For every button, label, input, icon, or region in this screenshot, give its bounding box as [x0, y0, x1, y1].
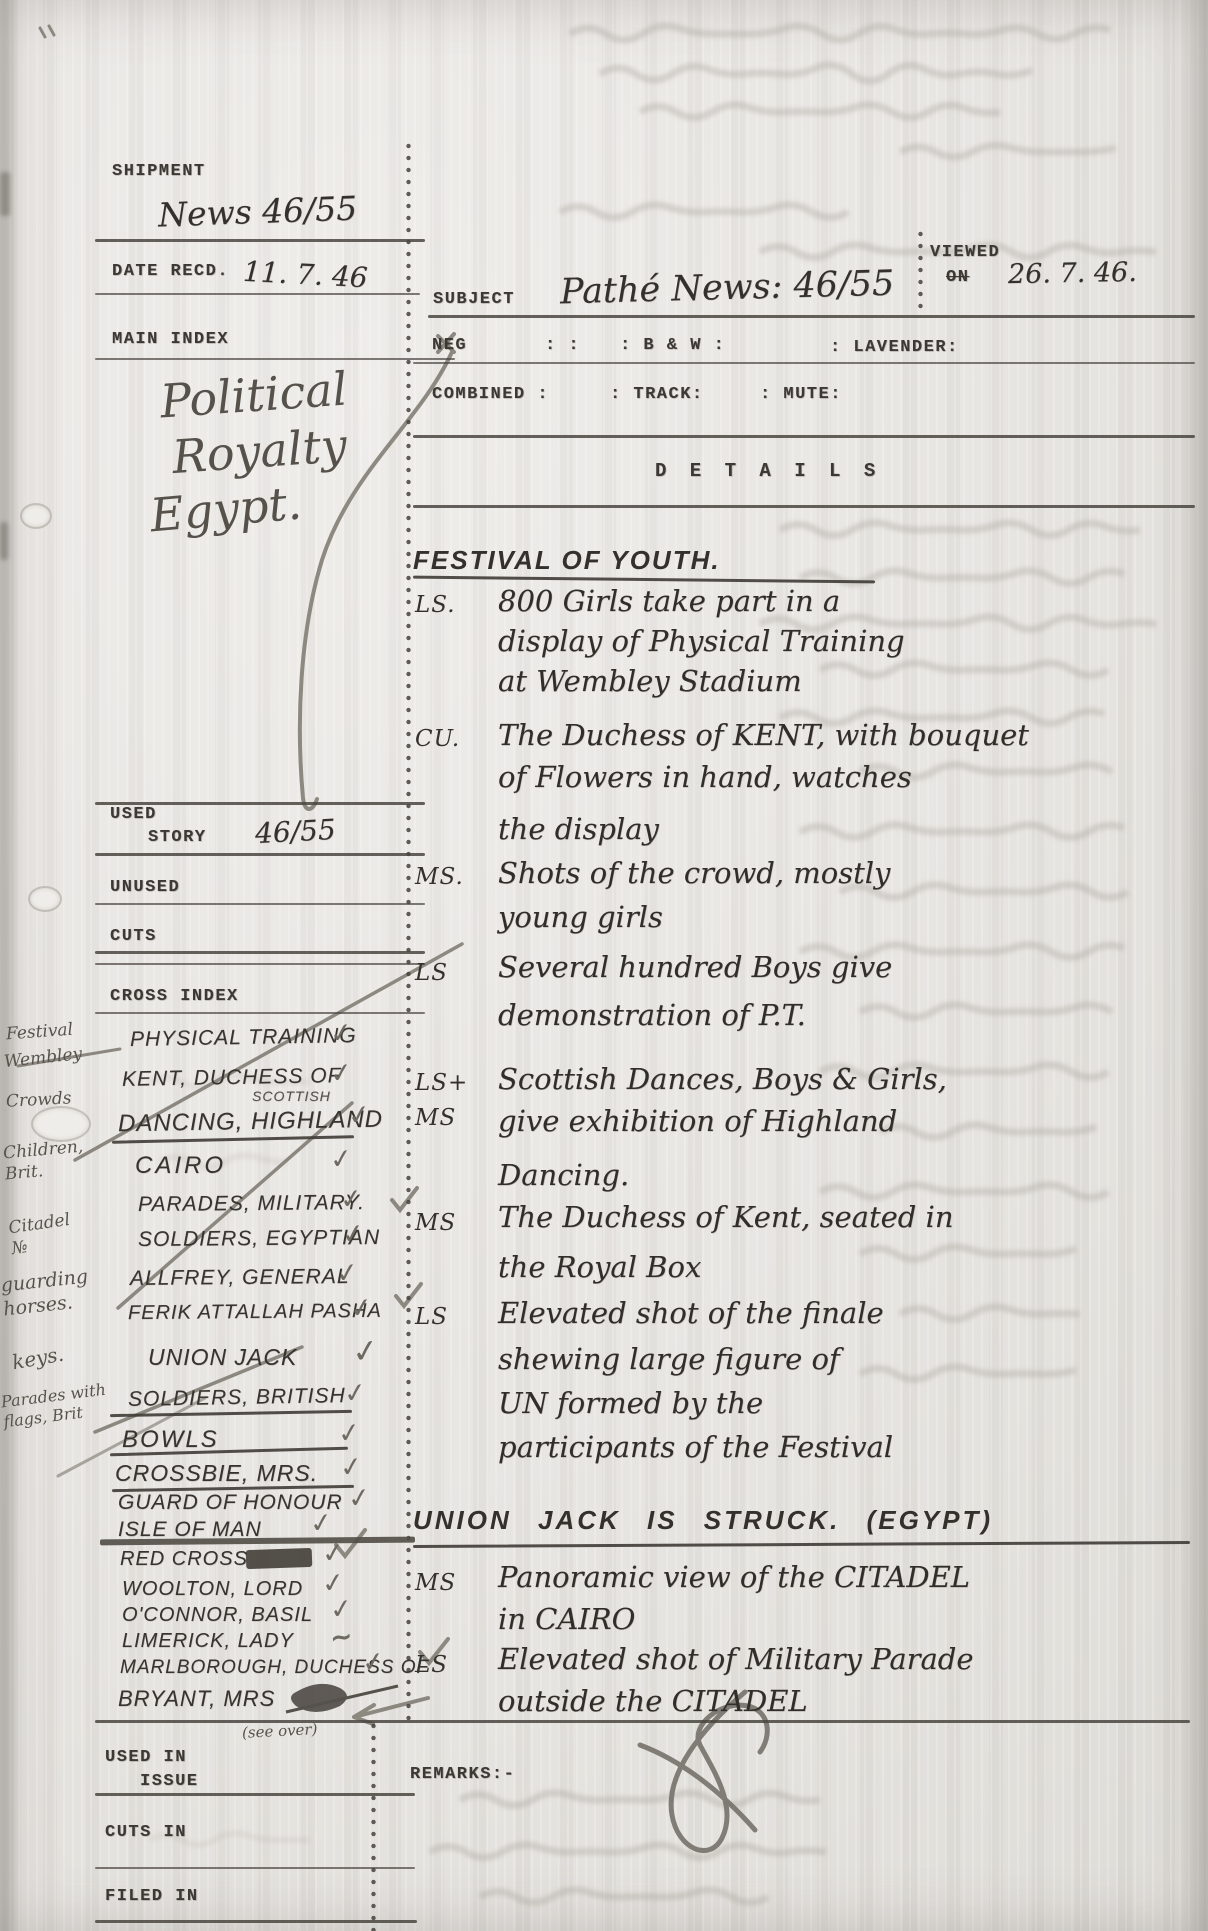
- shipment-rule: [95, 239, 425, 242]
- paper-hole: [22, 505, 50, 527]
- margin-note: guarding horses.: [0, 1266, 92, 1322]
- margin-note: keys.: [10, 1342, 65, 1376]
- shot-line: Scottish Dances, Boys & Girls,: [498, 1062, 947, 1096]
- shot-line: in CAIRO: [498, 1602, 635, 1636]
- shot-line: UN formed by the: [498, 1386, 763, 1420]
- shot-marker: MS.: [415, 860, 475, 895]
- shot-line: young girls: [498, 900, 663, 934]
- see-over-note: (see over): [242, 1720, 318, 1743]
- shipment-label: SHIPMENT: [112, 162, 206, 181]
- shot-line: of Flowers in hand, watches: [498, 760, 912, 794]
- shot-line: the Royal Box: [498, 1250, 701, 1284]
- tick-mark: ✓: [328, 1057, 355, 1091]
- subject-rule: [428, 315, 1195, 318]
- tick-mark: ✓: [328, 1143, 355, 1177]
- used-in-label: USED IN: [105, 1748, 187, 1767]
- cross-index-entry: Allfrey, General: [130, 1265, 350, 1291]
- margin-note: Wembley: [3, 1044, 83, 1073]
- shot-marker: MS: [415, 1206, 475, 1241]
- margin-note: Crowds: [5, 1088, 72, 1113]
- margin-note: Children, Brit.: [2, 1137, 86, 1186]
- cross-index-label: CROSS INDEX: [110, 987, 239, 1006]
- shot-line: display of Physical Training: [498, 624, 905, 658]
- used-story-rule: [95, 853, 425, 856]
- tick-mark: ✓: [334, 1257, 361, 1291]
- subject-value: Pathé News: 46/55: [560, 264, 895, 313]
- cross-index-entry: Limerick, Lady: [122, 1630, 294, 1653]
- remarks-label: REMARKS:-: [410, 1765, 515, 1784]
- cross-index-entry: Union Jack: [148, 1344, 297, 1371]
- shot-line: Elevated shot of the finale: [498, 1296, 884, 1330]
- cuts-rule: [95, 951, 425, 954]
- shot-marker: CU.: [415, 722, 475, 757]
- cross-index-entry: Physical Training: [130, 1024, 357, 1052]
- cross-index-entry: Ferik Attallah Pasha: [128, 1300, 382, 1325]
- tick-mark: ✓: [342, 1377, 369, 1411]
- festival-title-underline: [413, 576, 875, 584]
- edge-smear: [0, 522, 8, 560]
- used-in-rule: [95, 1793, 415, 1796]
- shot-line: Panoramic view of the CITADEL: [498, 1560, 970, 1594]
- tick-mark: ✓: [348, 1292, 375, 1326]
- tick-mark: ✓: [360, 1646, 387, 1680]
- unused-label: UNUSED: [110, 878, 180, 897]
- main-index-line: Royalty: [170, 418, 348, 484]
- cuts-in-label: CUTS IN: [105, 1823, 187, 1842]
- footer-divider-dotted: [371, 1720, 376, 1931]
- tick-mark: ✓: [338, 1451, 365, 1485]
- used-label: USED: [110, 805, 157, 824]
- viewed-on-label: ON: [946, 268, 969, 287]
- shot-line: shewing large figure of: [498, 1342, 840, 1376]
- story-value: 46/55: [254, 813, 336, 850]
- cross-index-entry: O'Connor, Basil: [122, 1604, 313, 1627]
- margin-note: Citadel №: [7, 1210, 74, 1261]
- paper-hole: [30, 888, 60, 910]
- shot-line: at Wembley Stadium: [498, 664, 802, 698]
- cuts-in-rule: [95, 1867, 415, 1869]
- shot-line: Several hundred Boys give: [498, 950, 892, 984]
- margin-note: Festival: [5, 1020, 73, 1046]
- tick-mark: ✓: [340, 1218, 367, 1252]
- shot-line: Shots of the crowd, mostly: [498, 856, 890, 890]
- cross-index-entry: Bowls: [122, 1426, 219, 1454]
- viewed-label: VIEWED: [930, 243, 1000, 262]
- viewed-divider-dotted: [918, 228, 923, 316]
- tick-mark: ✓: [346, 1099, 373, 1133]
- subject-label: SUBJECT: [433, 290, 515, 309]
- filed-in-rule: [95, 1920, 417, 1923]
- tick-mark: ✓: [308, 1507, 335, 1541]
- column-divider-dotted: [406, 140, 411, 1720]
- scanned-index-card: SHIPMENT News 46/55 DATE RECD. 11. 7. 46…: [0, 0, 1208, 1931]
- cross-index-entry: Parades, Military.: [138, 1191, 365, 1217]
- date-recd-label: DATE RECD.: [112, 262, 229, 281]
- details-bottom-rule: [413, 505, 1195, 508]
- tick-mark: ✓: [338, 1183, 365, 1217]
- cross-index-entry: Crossbie, Mrs.: [115, 1460, 318, 1487]
- shot-line: 800 Girls take part in a: [498, 584, 840, 618]
- tick-mark: ✓: [320, 1537, 347, 1571]
- cuts-label: CUTS: [110, 927, 157, 946]
- cross-index-entry: Bryant, Mrs: [118, 1686, 275, 1712]
- shipment-value: News 46/55: [157, 189, 357, 235]
- edge-smear: [0, 172, 10, 216]
- shot-marker: LS.: [415, 588, 475, 623]
- neg-rule: [413, 362, 1195, 364]
- shot-line: outside the CITADEL: [498, 1684, 808, 1718]
- neg-label: NEG: [432, 336, 467, 355]
- union-section-title: UNION JACK IS STRUCK. (EGYPT): [413, 1505, 993, 1536]
- shot-marker: LS: [415, 956, 475, 991]
- filed-in-label: FILED IN: [105, 1887, 199, 1906]
- main-index-label: MAIN INDEX: [112, 330, 229, 349]
- shot-line: the display: [498, 812, 659, 846]
- details-top-rule: [413, 435, 1195, 438]
- cuts-rule-2: [95, 963, 425, 965]
- cross-index-entry: Soldiers, British: [128, 1384, 346, 1412]
- cross-index-entry: Woolton, Lord: [122, 1578, 303, 1601]
- main-index-line: Egypt.: [148, 475, 304, 542]
- shot-line: Elevated shot of Military Parade: [498, 1642, 973, 1676]
- union-title-underline: [413, 1541, 1190, 1548]
- tick-mark: ✓: [328, 1017, 355, 1051]
- tick-mark: ~: [328, 1621, 355, 1655]
- cross-index-entry: Red Cross: [120, 1548, 248, 1571]
- cross-index-entry: Isle of Man: [118, 1518, 262, 1542]
- date-rule: [95, 293, 420, 295]
- cross-index-entry: Dancing, Highland: [118, 1106, 383, 1139]
- shot-line: Dancing.: [498, 1158, 629, 1192]
- shot-line: demonstration of P.T.: [498, 998, 806, 1032]
- tick-mark: ✓: [349, 1330, 381, 1371]
- main-index-line: Political: [158, 362, 349, 429]
- neg-colons: : :: [545, 336, 580, 355]
- shot-line: participants of the Festival: [498, 1430, 893, 1464]
- shot-marker: LS+ MS: [415, 1066, 467, 1135]
- neg-lavender-cell: : LAVENDER:: [830, 338, 959, 357]
- mute-label: : MUTE:: [760, 385, 842, 404]
- cross-index-rule: [95, 1012, 425, 1014]
- track-label: : TRACK:: [610, 385, 704, 404]
- cross-index-superscript: Scottish: [252, 1088, 331, 1104]
- shot-marker: MS: [415, 1566, 475, 1601]
- main-index-rule: [95, 358, 455, 360]
- details-header: D E T A I L S: [655, 460, 881, 482]
- tick-mark: ✓: [346, 1482, 373, 1516]
- story-label: STORY: [148, 828, 207, 847]
- redacted-word: [246, 1548, 313, 1569]
- shot-line: The Duchess of Kent, seated in: [498, 1200, 954, 1234]
- unused-rule: [95, 903, 425, 905]
- shot-line: give exhibition of Highland: [498, 1104, 897, 1138]
- festival-section-title: FESTIVAL OF YOUTH.: [413, 545, 721, 576]
- viewed-date-value: 26. 7. 46.: [1008, 257, 1137, 290]
- combined-label: COMBINED :: [432, 385, 549, 404]
- margin-note: Parades with flags, Brit: [0, 1380, 109, 1433]
- shot-marker: LS: [415, 1300, 475, 1335]
- cross-index-entry: Cairo: [135, 1152, 226, 1180]
- date-recd-value: 11. 7. 46: [242, 255, 368, 294]
- paper-hole: [33, 1108, 89, 1140]
- shot-line: The Duchess of KENT, with bouquet: [498, 718, 1029, 752]
- tick-mark: ✓: [336, 1417, 363, 1451]
- ink-scribble: [286, 1684, 398, 1712]
- neg-bw-cell: : B & W :: [620, 336, 725, 355]
- issue-label: ISSUE: [140, 1772, 199, 1791]
